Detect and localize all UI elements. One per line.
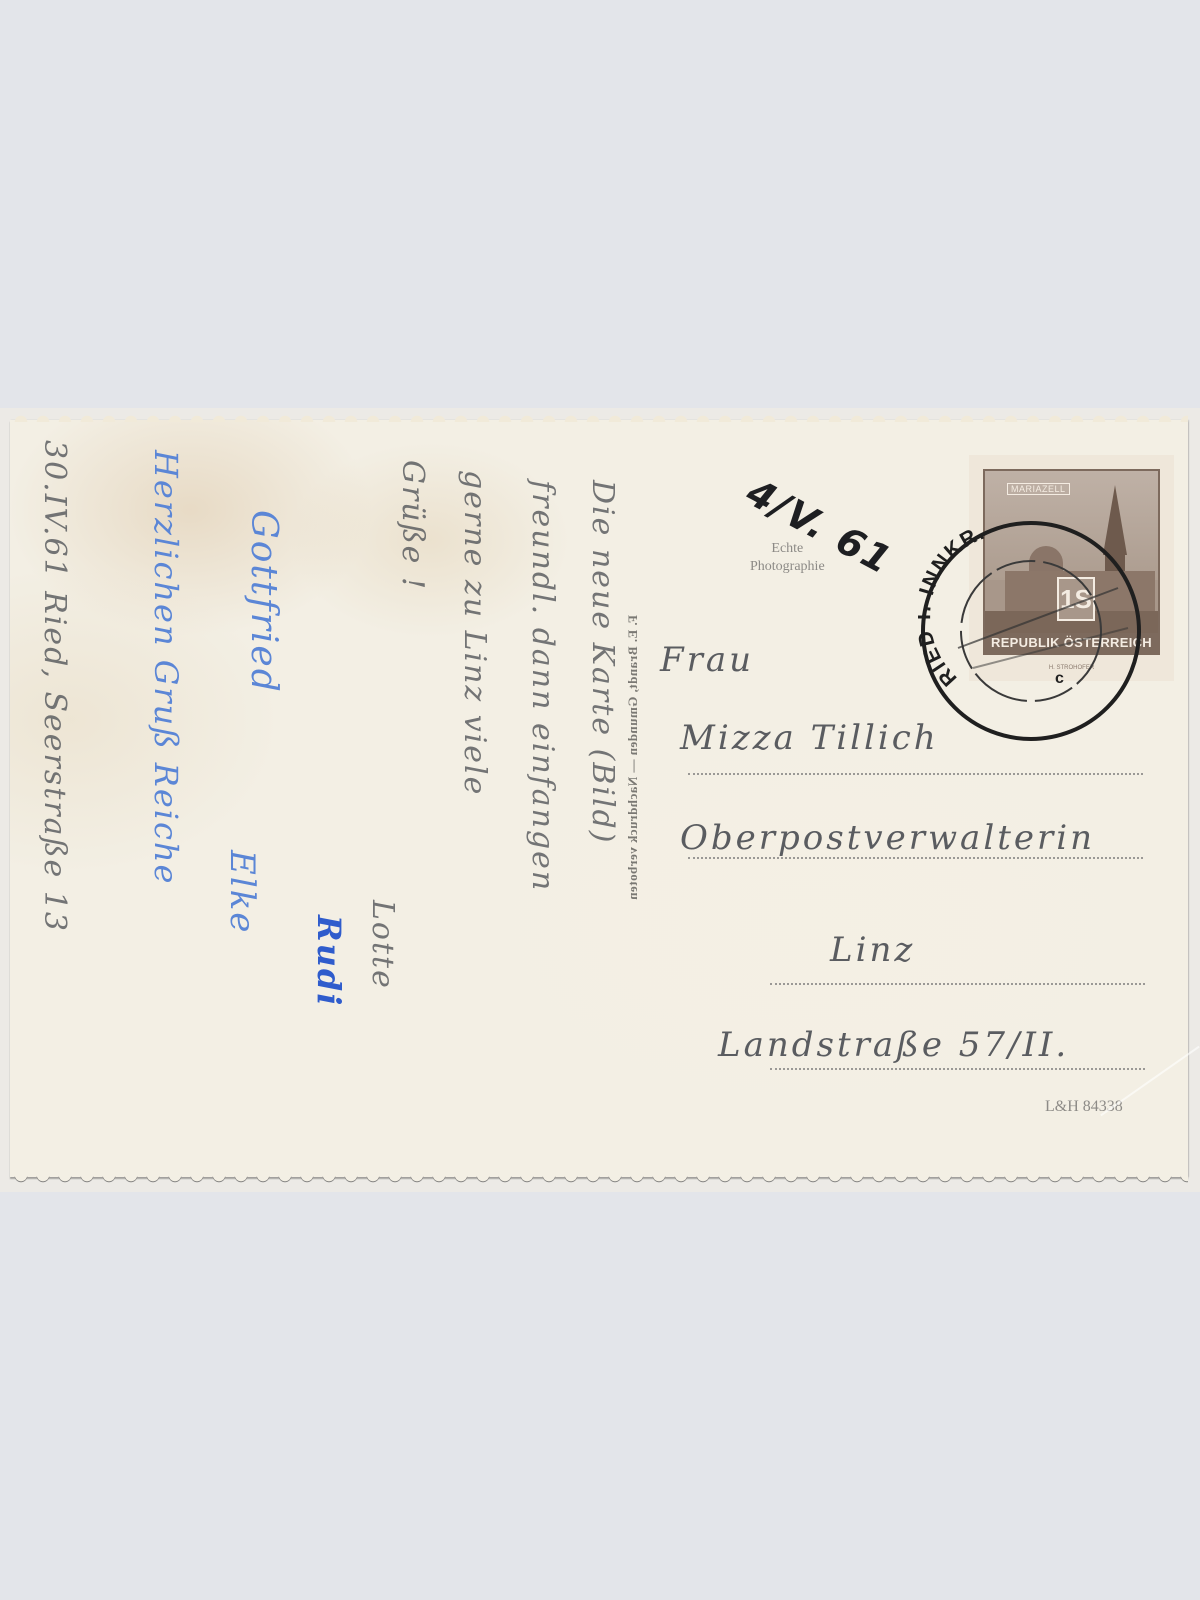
stamp-place-label: MARIAZELL — [1007, 483, 1070, 495]
catalog-mark: L&H — [1045, 1098, 1079, 1115]
address-salutation: Frau — [660, 640, 754, 680]
svg-text:RIED I. INNKR.: RIED I. INNKR. — [918, 520, 989, 690]
message-blue-line-4: Rudi — [310, 915, 348, 1007]
publisher-imprint: F. E. Brandt, Gmunden — Nachdruck verbot… — [625, 615, 641, 900]
postmark-town: RIED I. INNKR. — [918, 520, 989, 690]
message-blue-line-3: Elke — [222, 850, 262, 934]
address-line-rule-2 — [688, 857, 1143, 859]
message-blue-line-1: Herzlichen Gruß Reiche — [147, 450, 185, 885]
message-line-2: freundl. dann einfangen — [525, 480, 560, 892]
deckle-edge-bottom — [10, 1175, 1188, 1183]
photo-label-line-2: Photographie — [750, 558, 825, 576]
address-city: Linz — [830, 930, 915, 970]
sender-address: 30.IV.61 Ried, Seerstraße 13 — [37, 440, 72, 933]
address-name: Mizza Tillich — [680, 718, 939, 758]
postmark-cancellation: RIED I. INNKR. — [918, 518, 1144, 744]
address-line-rule-3 — [770, 983, 1145, 985]
deckle-edge-top — [10, 414, 1188, 422]
message-blue-line-2: Gottfried — [243, 510, 284, 694]
message-line-4: Grüße ! — [395, 460, 430, 591]
address-line-2: Oberpostverwalterin — [680, 818, 1095, 858]
message-line-3: gerne zu Linz viele — [457, 470, 492, 796]
message-signature: Lotte — [365, 900, 400, 990]
address-line-rule-1 — [688, 773, 1143, 775]
postmark-letter: c — [1055, 670, 1064, 688]
message-line-1: Die neue Karte (Bild) — [585, 480, 620, 844]
address-street: Landstraße 57/II. — [718, 1025, 1069, 1065]
address-line-rule-4 — [770, 1068, 1145, 1070]
